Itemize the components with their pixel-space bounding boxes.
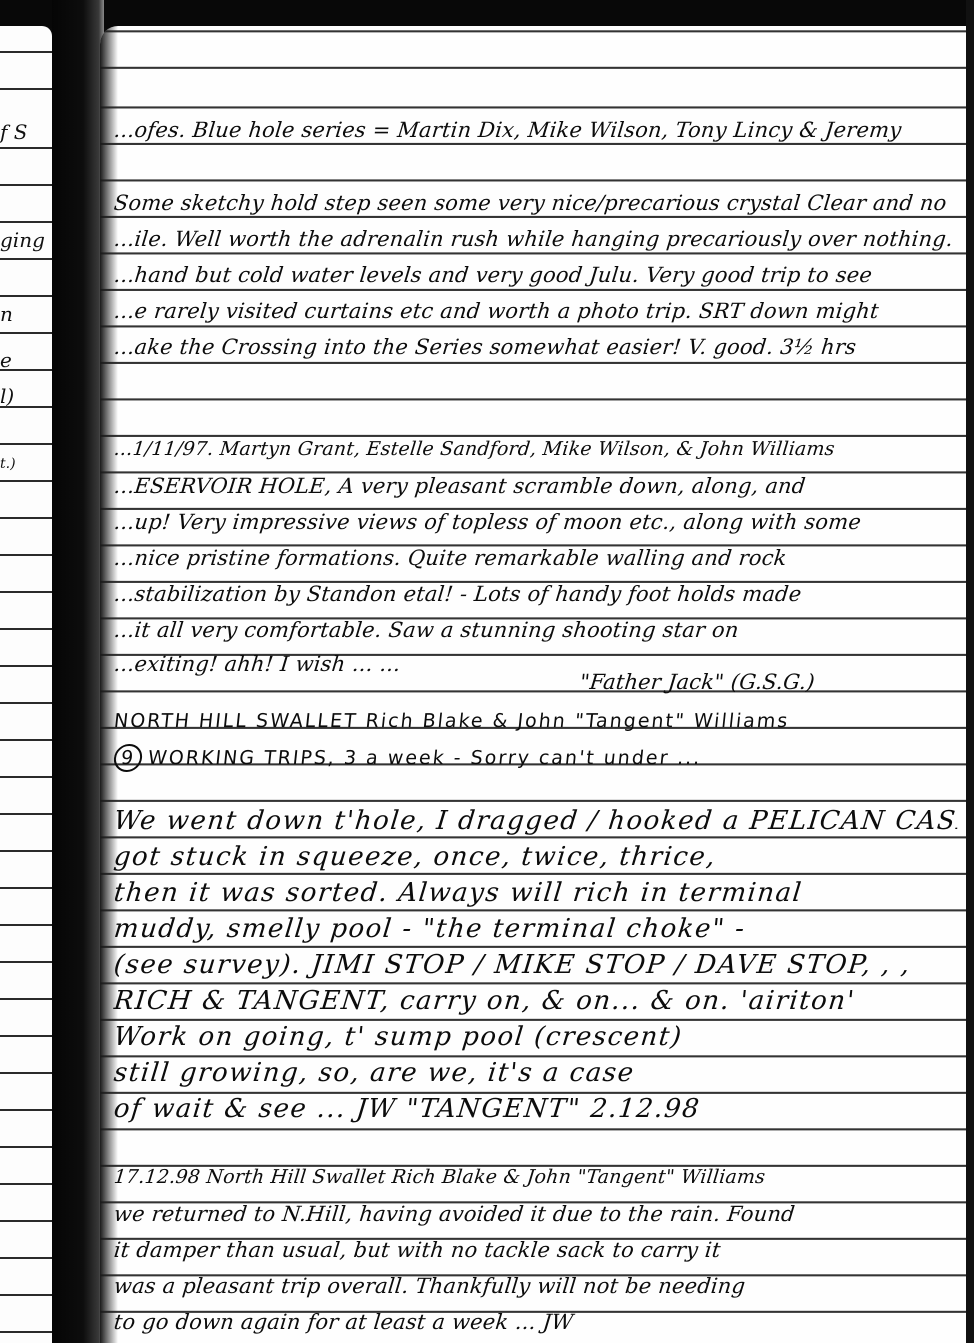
entry-line: ...nice pristine formations. Quite remar… <box>113 546 960 570</box>
previous-page-fragment: n <box>0 302 13 326</box>
entry-line: ...ESERVOIR HOLE, A very pleasant scramb… <box>113 474 960 498</box>
entry-line: ...e rarely visited curtains etc and wor… <box>113 299 960 323</box>
circled-entry-number: 9 <box>113 744 144 772</box>
entry-line: of wait & see ... JW "TANGENT" 2.12.98 <box>112 1094 959 1124</box>
previous-page-fragment: l) <box>0 384 14 408</box>
entry-line: Work on going, t' sump pool (crescent) <box>112 1022 959 1052</box>
entry-line: 17.12.98 North Hill Swallet Rich Blake &… <box>113 1166 959 1188</box>
entry-line: ...ake the Crossing into the Series some… <box>113 335 960 359</box>
scan-right-border <box>966 0 974 1343</box>
entry-line: muddy, smelly pool - "the terminal choke… <box>112 914 959 944</box>
entry-line: ...1/11/97. Martyn Grant, Estelle Sandfo… <box>113 438 959 460</box>
entry-line-with-number: 9WORKING TRIPS, 3 a week - Sorry can't u… <box>113 744 960 772</box>
entry-line: still growing, so, are we, it's a case <box>112 1058 959 1088</box>
entry-line: was a pleasant trip overall. Thankfully … <box>113 1274 960 1298</box>
scan-top-border <box>0 0 974 28</box>
entry-line: NORTH HILL SWALLET Rich Blake & John "Ta… <box>113 710 959 732</box>
binding-shadow <box>100 26 118 1343</box>
entry-line: to go down again for at least a week ...… <box>113 1310 960 1334</box>
book-binding-gutter <box>52 0 104 1343</box>
entry-line: ...ofes. Blue hole series = Martin Dix, … <box>113 118 960 142</box>
logbook-page: ...ofes. Blue hole series = Martin Dix, … <box>100 26 966 1343</box>
entry-line: got stuck in squeeze, once, twice, thric… <box>112 842 959 872</box>
previous-page-fragment: t.) <box>0 456 16 472</box>
entry-line: ...stabilization by Standon etal! - Lots… <box>113 582 960 606</box>
entry-line: then it was sorted. Always will rich in … <box>112 878 959 908</box>
nickname-annotation: "Father Jack" (G.S.G.) <box>579 670 960 694</box>
entry-line: ...it all very comfortable. Saw a stunni… <box>113 618 960 642</box>
entry-line: (see survey). JIMI STOP / MIKE STOP / DA… <box>112 950 959 980</box>
entry-line: we returned to N.Hill, having avoided it… <box>113 1202 960 1226</box>
previous-page-edge: f S ging n e l) t.) <box>0 26 52 1343</box>
entry-line: We went down t'hole, I dragged / hooked … <box>112 806 959 836</box>
entry-line: RICH & TANGENT, carry on, & on... & on. … <box>112 986 959 1016</box>
entry-line: Some sketchy hold step seen some very ni… <box>113 191 960 215</box>
previous-page-fragment: f S <box>0 120 27 144</box>
previous-page-fragment: e <box>0 348 12 372</box>
entry-line: ...up! Very impressive views of topless … <box>113 510 960 534</box>
entry-line: it damper than usual, but with no tackle… <box>113 1238 960 1262</box>
previous-page-fragment: ging <box>0 228 45 252</box>
entry-line: ...hand but cold water levels and very g… <box>113 263 960 287</box>
entry-line: ...ile. Well worth the adrenalin rush wh… <box>113 227 960 251</box>
entry-line: WORKING TRIPS, 3 a week - Sorry can't un… <box>147 747 703 769</box>
